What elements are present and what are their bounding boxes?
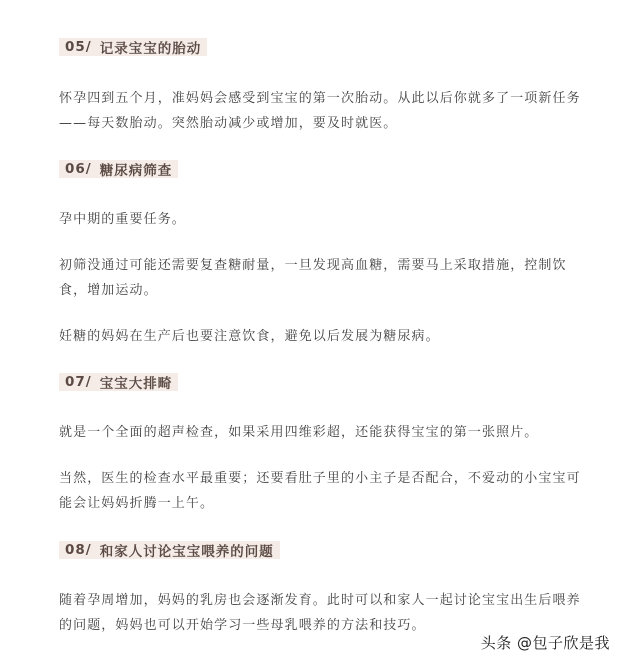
paragraph: 当然，医生的检查水平最重要；还要看肚子里的小主子是否配合，不爱动的小宝宝可能会让… xyxy=(59,466,589,516)
paragraph: 妊糖的妈妈在生产后也要注意饮食，避免以后发展为糖尿病。 xyxy=(59,324,589,349)
section-title: 宝宝大排畸 xyxy=(100,372,173,392)
section-heading-06: 06/ 糖尿病筛查 xyxy=(59,160,178,178)
paragraph: 怀孕四到五个月，准妈妈会感受到宝宝的第一次胎动。从此以后你就多了一项新任务——每… xyxy=(59,86,589,136)
paragraph: 初筛没通过可能还需要复查糖耐量，一旦发现高血糖，需要马上采取措施，控制饮食，增加… xyxy=(59,253,589,303)
section-title: 糖尿病筛查 xyxy=(100,159,173,179)
paragraph: 孕中期的重要任务。 xyxy=(59,207,589,232)
watermark: 头条 @包子欣是我 xyxy=(481,632,610,653)
section-title: 和家人讨论宝宝喂养的问题 xyxy=(100,540,274,560)
section-heading-07: 07/ 宝宝大排畸 xyxy=(59,373,178,391)
section-number: 08/ xyxy=(65,542,92,558)
section-number: 06/ xyxy=(65,161,92,177)
section-title: 记录宝宝的胎动 xyxy=(100,37,202,57)
section-heading-08: 08/ 和家人讨论宝宝喂养的问题 xyxy=(59,541,280,559)
section-number: 05/ xyxy=(65,39,92,55)
paragraph: 就是一个全面的超声检查，如果采用四维彩超，还能获得宝宝的第一张照片。 xyxy=(59,420,589,445)
section-number: 07/ xyxy=(65,374,92,390)
section-heading-05: 05/ 记录宝宝的胎动 xyxy=(59,38,207,56)
paragraph: 随着孕周增加，妈妈的乳房也会逐渐发育。此时可以和家人一起讨论宝宝出生后喂养的问题… xyxy=(59,588,589,638)
article-body: 05/ 记录宝宝的胎动 怀孕四到五个月，准妈妈会感受到宝宝的第一次胎动。从此以后… xyxy=(0,0,640,668)
